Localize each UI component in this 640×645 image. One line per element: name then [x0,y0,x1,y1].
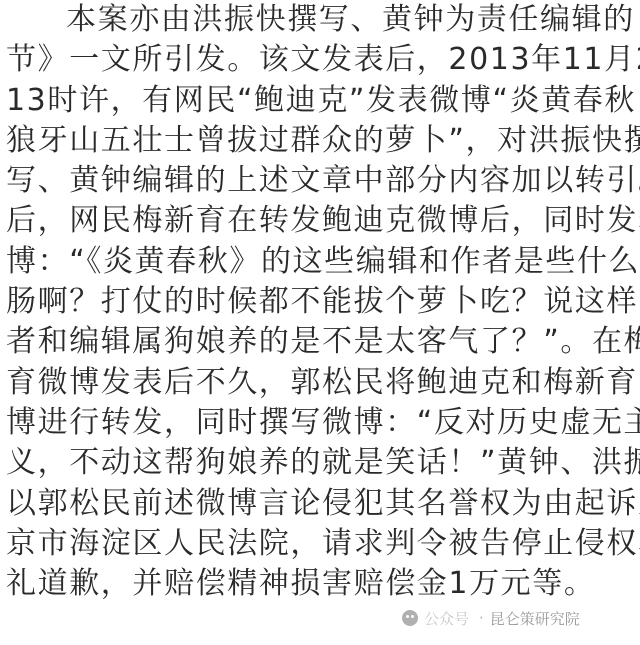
paragraph-line: 节》一文所引发。该文发表后，2013年11月23日 [6,40,638,80]
wechat-icon [402,610,418,626]
paragraph-line: 义，不动这帮狗娘养的就是笑话！”黄钟、洪振快 [6,443,638,483]
paragraph-line: 博进行转发，同时撰写微博：“反对历史虚无主 [6,403,638,443]
paragraph-line: 者和编辑属狗娘养的是不是太客气了？”。在梅新 [6,322,638,362]
watermark-prefix: 公众号 [424,608,469,629]
paragraph-line: 本案亦由洪振快撰写、黄钟为责任编辑的《细 [6,0,638,40]
paragraph-line: 礼道歉，并赔偿精神损害赔偿金1万元等。 [6,564,638,604]
paragraph-line: 写、黄钟编辑的上述文章中部分内容加以转引。此 [6,161,638,201]
paragraph-line: 13时许，有网民“鲍迪克”发表微博“炎黄春秋： [6,81,638,121]
paragraph-line: 肠啊？打仗的时候都不能拔个萝卜吃？说这样的作 [6,282,638,322]
paragraph-line: 以郭松民前述微博言论侵犯其名誉权为由起诉至北 [6,484,638,524]
paragraph-line: 京市海淀区人民法院，请求判令被告停止侵权、赔 [6,524,638,564]
document-body: 本案亦由洪振快撰写、黄钟为责任编辑的《细 节》一文所引发。该文发表后，2013年… [6,0,638,604]
paragraph-line: 狼牙山五壮士曾拔过群众的萝卜”，对洪振快撰 [6,121,638,161]
paragraph-line: 后，网民梅新育在转发鲍迪克微博后，同时发表微 [6,201,638,241]
paragraph-line: 育微博发表后不久，郭松民将鲍迪克和梅新育的微 [6,363,638,403]
watermark-separator: · [479,609,484,627]
paragraph-line: 博：“《炎黄春秋》的这些编辑和作者是些什么心 [6,242,638,282]
watermark-account-name: 昆仑策研究院 [490,608,580,629]
watermark: 公众号 · 昆仑策研究院 [402,603,580,633]
